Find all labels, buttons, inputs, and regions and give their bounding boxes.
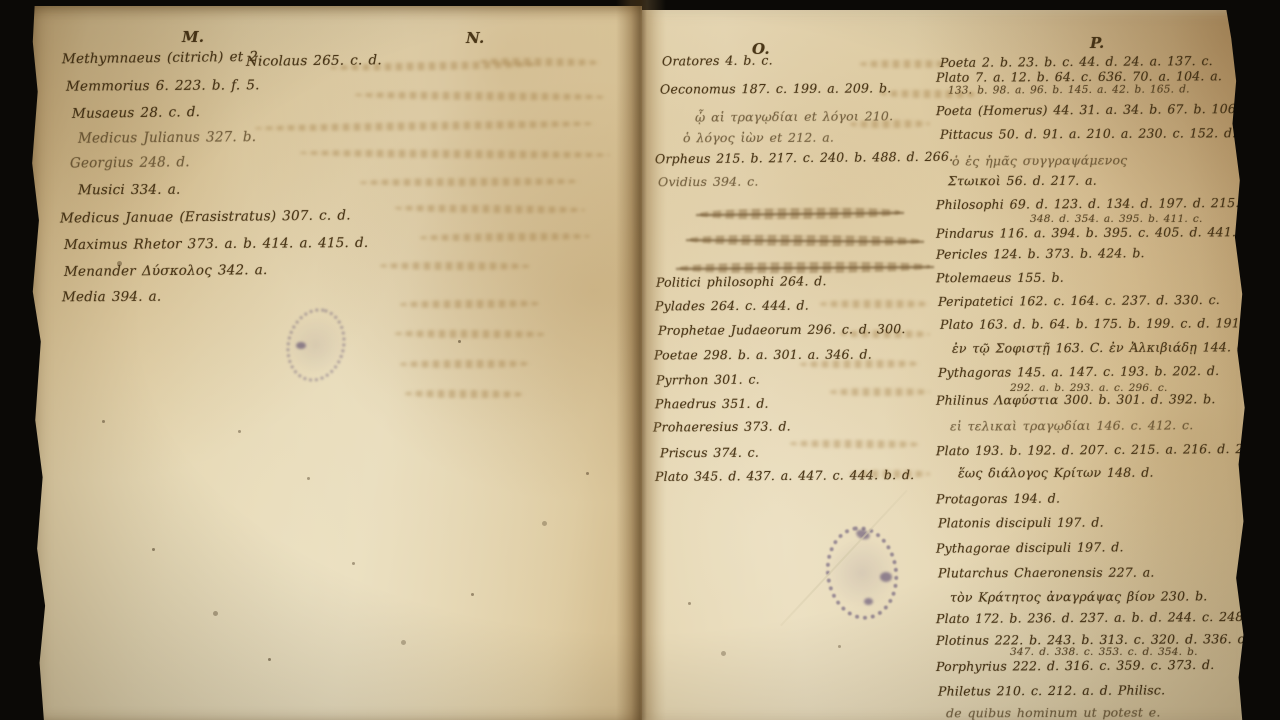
index-entry: Plutarchus Chaeronensis 227. a. xyxy=(938,567,1155,580)
index-entry: Medicus Julianus 327. b. xyxy=(78,131,256,146)
bleedthrough-line xyxy=(360,177,580,186)
index-entry: Peripatetici 162. c. 164. c. 237. d. 330… xyxy=(938,294,1220,308)
index-entry: 347. d. 338. c. 353. c. d. 354. b. xyxy=(1010,647,1198,658)
right-page: O. P. Oratores 4. b. c. Oeconomus 187. c… xyxy=(642,10,1252,720)
index-entry: Pericles 124. b. 373. b. 424. b. xyxy=(936,247,1145,261)
bleedthrough-line xyxy=(405,390,525,399)
index-entry: Pindarus 116. a. 394. b. 395. c. 405. d.… xyxy=(936,226,1236,240)
bleedthrough-line xyxy=(790,440,920,449)
bleedthrough-line xyxy=(380,262,530,271)
index-entry: Pylades 264. c. 444. d. xyxy=(655,300,809,313)
index-entry: Georgius 248. d. xyxy=(70,156,190,171)
ink-stamp-blob xyxy=(864,598,873,605)
index-entry: Philosophi 69. d. 123. d. 134. d. 197. d… xyxy=(936,197,1252,212)
index-entry: Oratores 4. b. c. xyxy=(662,55,773,68)
index-entry: Maximus Rhetor 373. a. b. 414. a. 415. d… xyxy=(64,237,368,253)
index-entry: Pyrrhon 301. c. xyxy=(656,374,760,387)
index-entry: Porphyrius 222. d. 316. c. 359. c. 373. … xyxy=(936,659,1214,673)
index-entry: Oeconomus 187. c. 199. a. 209. b. xyxy=(660,82,891,96)
manuscript-photo: M. N. Methymnaeus (citrich) et 2. Memmor… xyxy=(0,0,1280,720)
index-entry: 133. b. 98. a. 96. b. 145. a. 42. b. 165… xyxy=(948,84,1190,96)
paper-specks xyxy=(0,0,3,3)
index-entry: de quibus hominum ut potest e. xyxy=(946,707,1161,720)
bleedthrough-line xyxy=(860,60,950,68)
ink-stamp-blob xyxy=(880,572,892,582)
index-entry: ὁ λόγος ἰὼν et 212. a. xyxy=(683,132,834,145)
index-entry: Menander Δύσκολος 342. a. xyxy=(64,264,268,279)
index-entry: Pythagorae discipuli 197. d. xyxy=(936,541,1124,555)
bleedthrough-line xyxy=(355,91,605,101)
ink-stamp xyxy=(279,302,353,388)
index-entry: Ptolemaeus 155. b. xyxy=(936,272,1064,285)
index-entry: Pythagoras 145. a. 147. c. 193. b. 202. … xyxy=(938,365,1219,379)
left-page: M. N. Methymnaeus (citrich) et 2. Memmor… xyxy=(26,6,642,720)
bleedthrough-line xyxy=(400,360,530,368)
index-entry: τὸν Κράτητος ἀναγράψας βίον 230. b. xyxy=(950,590,1207,604)
bleedthrough-line xyxy=(830,388,930,396)
index-entry: Plato 7. a. 12. b. 64. c. 636. 70. a. 10… xyxy=(936,70,1222,84)
bleedthrough-line xyxy=(400,300,540,309)
index-entry: Priscus 374. c. xyxy=(660,447,759,460)
struck-entry xyxy=(690,234,920,247)
index-entry: εἰ τελικαὶ τραγῳδίαι 146. c. 412. c. xyxy=(950,419,1193,433)
index-entry: Prohaeresius 373. d. xyxy=(653,421,791,434)
index-entry: Musici 334. a. xyxy=(78,184,181,198)
section-header-p: P. xyxy=(1090,36,1104,51)
section-header-n: N. xyxy=(466,31,484,46)
index-entry: Plato 172. b. 236. d. 237. a. b. d. 244.… xyxy=(936,611,1248,626)
struck-entry xyxy=(700,207,900,220)
index-entry: Phaedrus 351. d. xyxy=(655,398,769,411)
bleedthrough-line xyxy=(395,330,545,339)
index-entry: Prophetae Judaeorum 296. c. d. 300. xyxy=(658,323,906,337)
index-entry: Musaeus 28. c. d. xyxy=(72,106,200,121)
index-entry: Media 394. a. xyxy=(62,291,161,305)
index-entry: Methymnaeus (citrich) et 2. xyxy=(62,51,263,67)
bleedthrough-line xyxy=(255,120,595,133)
index-entry: Plato 193. b. 192. d. 207. c. 215. a. 21… xyxy=(936,443,1252,458)
index-entry: Στωικοὶ 56. d. 217. a. xyxy=(948,175,1097,188)
bleedthrough-line xyxy=(395,204,585,214)
bleedthrough-line xyxy=(420,232,590,241)
bleedthrough-line xyxy=(820,300,930,308)
index-entry: Poetae 298. b. a. 301. a. 346. d. xyxy=(654,349,872,362)
section-header-m: M. xyxy=(182,30,204,45)
index-entry: ὁ ἐς ἡμᾶς συγγραψάμενος xyxy=(952,154,1127,168)
index-entry: Philetus 210. c. 212. a. d. Philisc. xyxy=(938,684,1165,698)
index-entry: Ovidius 394. c. xyxy=(658,176,759,189)
index-entry: Plato 163. d. b. 64. b. 175. b. 199. c. … xyxy=(940,317,1252,331)
index-entry: Memmorius 6. 223. b. f. 5. xyxy=(66,79,260,94)
index-entry: Poeta (Homerus) 44. 31. a. 34. b. 67. b.… xyxy=(936,103,1252,118)
index-entry: Protagoras 194. d. xyxy=(936,493,1060,506)
index-entry: Plato 345. d. 437. a. 447. c. 444. b. d. xyxy=(655,469,914,483)
struck-entry xyxy=(680,261,930,274)
index-entry: ἕως διάλογος Κρίτων 148. d. xyxy=(958,467,1154,480)
index-entry: Poeta 2. b. 23. b. c. 44. d. 24. a. 137.… xyxy=(940,55,1213,69)
ink-stamp-blob xyxy=(296,342,306,349)
index-entry: Philinus Λαφύστια 300. b. 301. d. 392. b… xyxy=(936,393,1216,407)
index-entry: ἐν τῷ Σοφιστῇ 163. C. ἐν Ἀλκιβιάδῃ 144. … xyxy=(952,341,1248,355)
index-entry: ᾧ αἱ τραγῳδίαι et λόγοι 210. xyxy=(695,110,893,124)
index-entry: 348. d. 354. a. 395. b. 411. c. xyxy=(1030,214,1203,225)
index-entry: Politici philosophi 264. d. xyxy=(656,275,827,289)
index-entry: Platonis discipuli 197. d. xyxy=(938,517,1104,530)
index-entry: Orpheus 215. b. 217. c. 240. b. 488. d. … xyxy=(655,151,953,166)
index-entry: Medicus Januae (Erasistratus) 307. c. d. xyxy=(60,209,351,226)
index-entry: Pittacus 50. d. 91. a. 210. a. 230. c. 1… xyxy=(940,127,1236,141)
index-entry: Nicolaus 265. c. d. xyxy=(246,54,382,69)
bleedthrough-line xyxy=(300,149,610,159)
